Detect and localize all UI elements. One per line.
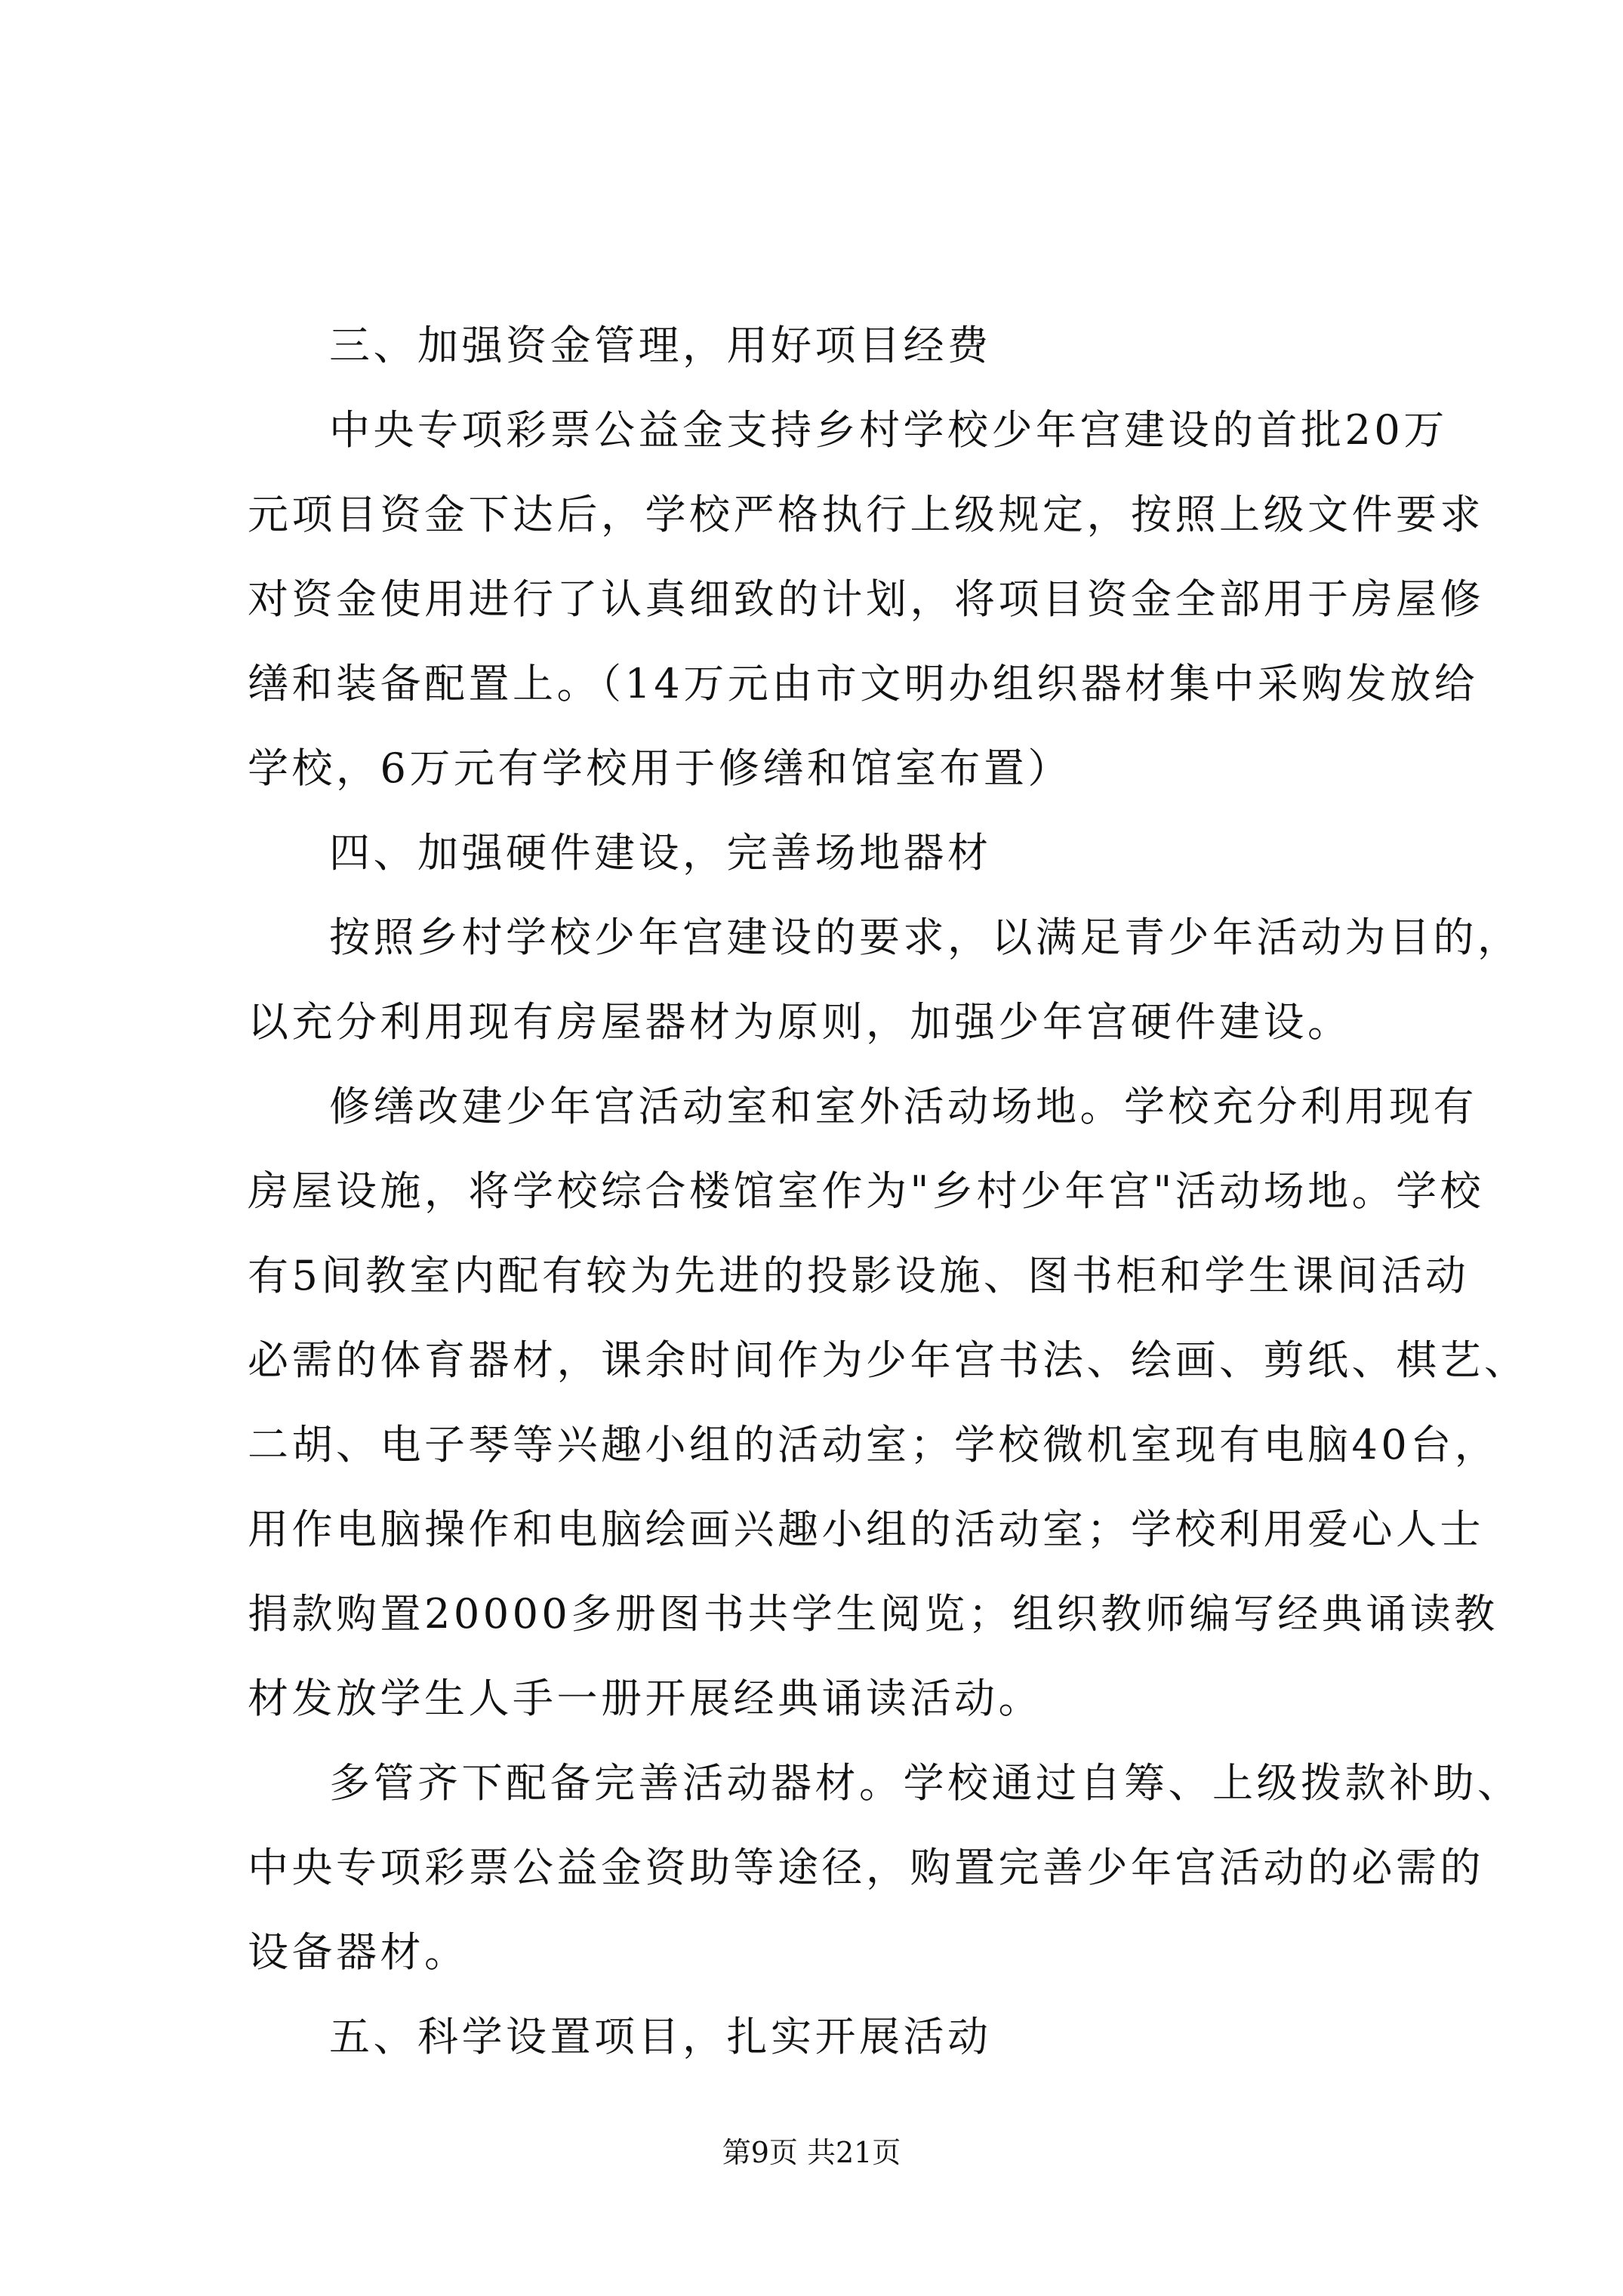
paragraph-line: 捐款购置20000多册图书共学生阅览；组织教师编写经典诵读教: [248, 1572, 1434, 1657]
paragraph-line: 按照乡村学校少年宫建设的要求，以满足青少年活动为目的，: [248, 895, 1434, 980]
paragraph-line: 房屋设施，将学校综合楼馆室作为"乡村少年宫"活动场地。学校: [248, 1149, 1434, 1234]
paragraph-line: 缮和装备配置上。（14万元由市文明办组织器材集中采购发放给: [248, 642, 1434, 726]
paragraph-line: 中央专项彩票公益金资助等途径，购置完善少年宫活动的必需的: [248, 1826, 1434, 1910]
page-number-footer: 第9页 共21页: [0, 2129, 1623, 2171]
paragraph-line: 对资金使用进行了认真细致的计划，将项目资金全部用于房屋修: [248, 557, 1434, 642]
section-heading-4: 四、加强硬件建设，完善场地器材: [248, 811, 1434, 895]
paragraph-line: 元项目资金下达后，学校严格执行上级规定，按照上级文件要求: [248, 473, 1434, 557]
paragraph-line: 有5间教室内配有较为先进的投影设施、图书柜和学生课间活动: [248, 1234, 1434, 1318]
paragraph-line: 以充分利用现有房屋器材为原则，加强少年宫硬件建设。: [248, 980, 1434, 1065]
paragraph-line: 多管齐下配备完善活动器材。学校通过自筹、上级拨款补助、: [248, 1741, 1434, 1826]
document-page: 三、加强资金管理，用好项目经费 中央专项彩票公益金支持乡村学校少年宫建设的首批2…: [0, 0, 1623, 2296]
paragraph-line: 中央专项彩票公益金支持乡村学校少年宫建设的首批20万: [248, 388, 1434, 473]
paragraph-line: 学校，6万元有学校用于修缮和馆室布置）: [248, 726, 1434, 811]
paragraph-line: 设备器材。: [248, 1910, 1434, 1995]
document-body: 三、加强资金管理，用好项目经费 中央专项彩票公益金支持乡村学校少年宫建设的首批2…: [248, 304, 1434, 2079]
paragraph-line: 必需的体育器材，课余时间作为少年宫书法、绘画、剪纸、棋艺、: [248, 1318, 1434, 1403]
paragraph-line: 材发放学生人手一册开展经典诵读活动。: [248, 1657, 1434, 1741]
paragraph-line: 用作电脑操作和电脑绘画兴趣小组的活动室；学校利用爱心人士: [248, 1487, 1434, 1572]
paragraph-line: 修缮改建少年宫活动室和室外活动场地。学校充分利用现有: [248, 1065, 1434, 1149]
section-heading-5: 五、科学设置项目，扎实开展活动: [248, 1995, 1434, 2079]
section-heading-3: 三、加强资金管理，用好项目经费: [248, 304, 1434, 388]
paragraph-line: 二胡、电子琴等兴趣小组的活动室；学校微机室现有电脑40台，: [248, 1403, 1434, 1487]
